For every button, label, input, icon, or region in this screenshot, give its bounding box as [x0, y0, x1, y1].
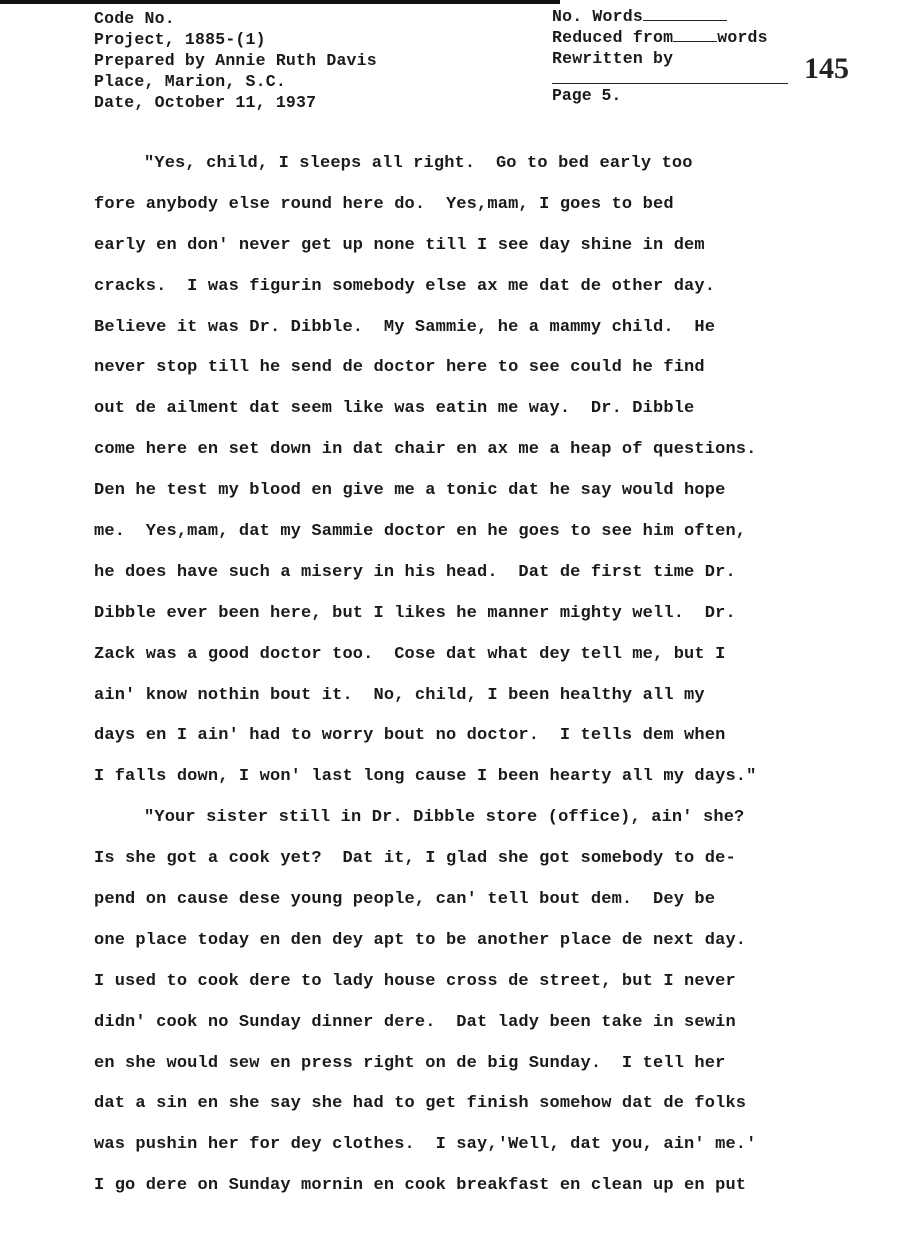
place: Place, Marion, S.C. — [94, 71, 377, 92]
reduced-from-label: Reduced from — [552, 28, 673, 47]
text-line: ain' know nothin bout it. No, child, I b… — [94, 676, 874, 717]
text-line: Is she got a cook yet? Dat it, I glad sh… — [94, 839, 874, 880]
rewritten-by-label: Rewritten by — [552, 49, 673, 68]
text-line: Den he test my blood en give me a tonic … — [94, 471, 874, 512]
text-line: didn' cook no Sunday dinner dere. Dat la… — [94, 1003, 874, 1044]
date: Date, October 11, 1937 — [94, 92, 377, 113]
text-line: I used to cook dere to lady house cross … — [94, 962, 874, 1003]
text-line: pend on cause dese young people, can' te… — [94, 880, 874, 921]
text-line: "Your sister still in Dr. Dibble store (… — [94, 798, 874, 839]
text-line: early en don' never get up none till I s… — [94, 226, 874, 267]
text-line: come here en set down in dat chair en ax… — [94, 430, 874, 471]
prepared-by: Prepared by Annie Ruth Davis — [94, 50, 377, 71]
text-line: I falls down, I won' last long cause I b… — [94, 757, 874, 798]
project: Project, 1885-(1) — [94, 29, 377, 50]
text-line: was pushin her for dey clothes. I say,'W… — [94, 1125, 874, 1166]
text-line: one place today en den dey apt to be ano… — [94, 921, 874, 962]
page-label: Page 5. — [552, 86, 621, 105]
stamped-page-number: 145 — [804, 52, 849, 86]
text-line: Dibble ever been here, but I likes he ma… — [94, 594, 874, 635]
text-line: me. Yes,mam, dat my Sammie doctor en he … — [94, 512, 874, 553]
text-line: he does have such a misery in his head. … — [94, 553, 874, 594]
interview-transcript: "Yes, child, I sleeps all right. Go to b… — [94, 144, 874, 1207]
text-line: dat a sin en she say she had to get fini… — [94, 1084, 874, 1125]
text-line: fore anybody else round here do. Yes,mam… — [94, 185, 874, 226]
text-line: en she would sew en press right on de bi… — [94, 1044, 874, 1085]
text-line: cracks. I was figurin somebody else ax m… — [94, 267, 874, 308]
reduced-from-blank — [673, 27, 717, 42]
code-no: Code No. — [94, 8, 377, 29]
text-line: out de ailment dat seem like was eatin m… — [94, 389, 874, 430]
header-word-count: No. Words Reduced fromwords Rewritten by — [552, 6, 768, 69]
header-metadata: Code No. Project, 1885-(1) Prepared by A… — [94, 8, 377, 113]
text-line: I go dere on Sunday mornin en cook break… — [94, 1166, 874, 1207]
text-line: Believe it was Dr. Dibble. My Sammie, he… — [94, 308, 874, 349]
no-words-label: No. Words — [552, 7, 643, 26]
text-line: days en I ain' had to worry bout no doct… — [94, 716, 874, 757]
scan-top-edge — [0, 0, 560, 4]
reduced-from-suffix: words — [717, 28, 768, 47]
rewritten-by-blank — [552, 83, 788, 84]
text-line: Zack was a good doctor too. Cose dat wha… — [94, 635, 874, 676]
no-words-blank — [643, 6, 727, 21]
text-line: "Yes, child, I sleeps all right. Go to b… — [94, 144, 874, 185]
text-line: never stop till he send de doctor here t… — [94, 348, 874, 389]
